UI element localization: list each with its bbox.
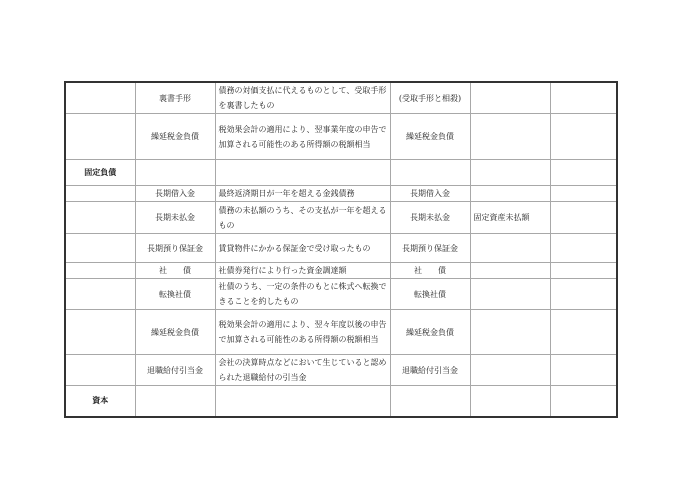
extra-cell — [550, 234, 617, 263]
account-cell: 繰延税金負債 — [390, 310, 470, 355]
description-cell: 賃貸物件にかかる保証金で受け取ったもの — [215, 234, 390, 263]
item-cell: 長期未払金 — [135, 202, 215, 234]
extra-cell — [550, 386, 617, 417]
note-cell — [470, 310, 550, 355]
extra-cell — [550, 114, 617, 160]
item-cell: 転換社債 — [135, 279, 215, 310]
account-cell: 社 債 — [390, 263, 470, 279]
item-cell: 社 債 — [135, 263, 215, 279]
category-cell — [65, 186, 135, 202]
note-cell — [470, 263, 550, 279]
extra-cell — [550, 263, 617, 279]
table-row: 固定負債 — [65, 160, 617, 186]
account-cell: 長期未払金 — [390, 202, 470, 234]
item-cell — [135, 160, 215, 186]
table-row: 資本 — [65, 386, 617, 417]
description-cell: 社債券発行により行った資金調達額 — [215, 263, 390, 279]
description-cell — [215, 386, 390, 417]
description-cell: 債務の未払額のうち、その支払が一年を超えるもの — [215, 202, 390, 234]
table-row: 長期借入金 最終返済期日が一年を超える金銭債務 長期借入金 — [65, 186, 617, 202]
description-cell: 債務の対価支払に代えるものとして、受取手形を裏書したもの — [215, 82, 390, 114]
note-cell — [470, 160, 550, 186]
table-row: 長期未払金 債務の未払額のうち、その支払が一年を超えるもの 長期未払金 固定資産… — [65, 202, 617, 234]
note-cell: 固定資産未払額 — [470, 202, 550, 234]
extra-cell — [550, 202, 617, 234]
extra-cell — [550, 355, 617, 386]
description-cell: 税効果会計の適用により、翌事業年度の申告で加算される可能性のある所得額の税額相当 — [215, 114, 390, 160]
category-cell — [65, 263, 135, 279]
table-row: 長期預り保証金 賃貸物件にかかる保証金で受け取ったもの 長期預り保証金 — [65, 234, 617, 263]
category-cell — [65, 82, 135, 114]
category-cell: 固定負債 — [65, 160, 135, 186]
item-cell: 長期預り保証金 — [135, 234, 215, 263]
category-cell — [65, 310, 135, 355]
note-cell — [470, 386, 550, 417]
item-cell: 裏書手形 — [135, 82, 215, 114]
accounts-table: 裏書手形 債務の対価支払に代えるものとして、受取手形を裏書したもの (受取手形と… — [64, 81, 618, 418]
note-cell — [470, 186, 550, 202]
category-cell — [65, 355, 135, 386]
table-row: 裏書手形 債務の対価支払に代えるものとして、受取手形を裏書したもの (受取手形と… — [65, 82, 617, 114]
description-cell: 社債のうち、一定の条件のもとに株式へ転換できることを約したもの — [215, 279, 390, 310]
account-cell — [390, 160, 470, 186]
extra-cell — [550, 186, 617, 202]
item-cell — [135, 386, 215, 417]
table-row: 社 債 社債券発行により行った資金調達額 社 債 — [65, 263, 617, 279]
account-cell: 繰延税金負債 — [390, 114, 470, 160]
note-cell — [470, 82, 550, 114]
account-cell: 長期借入金 — [390, 186, 470, 202]
account-cell: 転換社債 — [390, 279, 470, 310]
table-row: 繰延税金負債 税効果会計の適用により、翌々年度以後の申告で加算される可能性のある… — [65, 310, 617, 355]
category-cell — [65, 234, 135, 263]
extra-cell — [550, 279, 617, 310]
item-cell: 繰延税金負債 — [135, 114, 215, 160]
category-cell: 資本 — [65, 386, 135, 417]
item-cell: 退職給付引当金 — [135, 355, 215, 386]
note-cell — [470, 114, 550, 160]
item-cell: 繰延税金負債 — [135, 310, 215, 355]
table-row: 退職給付引当金 会社の決算時点などにおいて生じていると認められた退職給付の引当金… — [65, 355, 617, 386]
description-cell — [215, 160, 390, 186]
category-cell — [65, 114, 135, 160]
note-cell — [470, 234, 550, 263]
description-cell: 会社の決算時点などにおいて生じていると認められた退職給付の引当金 — [215, 355, 390, 386]
account-cell — [390, 386, 470, 417]
account-cell: 退職給付引当金 — [390, 355, 470, 386]
table-body: 裏書手形 債務の対価支払に代えるものとして、受取手形を裏書したもの (受取手形と… — [65, 82, 617, 417]
account-cell: (受取手形と相殺) — [390, 82, 470, 114]
table-row: 転換社債 社債のうち、一定の条件のもとに株式へ転換できることを約したもの 転換社… — [65, 279, 617, 310]
note-cell — [470, 355, 550, 386]
description-cell: 最終返済期日が一年を超える金銭債務 — [215, 186, 390, 202]
extra-cell — [550, 82, 617, 114]
account-cell: 長期預り保証金 — [390, 234, 470, 263]
item-cell: 長期借入金 — [135, 186, 215, 202]
category-cell — [65, 279, 135, 310]
description-cell: 税効果会計の適用により、翌々年度以後の申告で加算される可能性のある所得額の税額相… — [215, 310, 390, 355]
extra-cell — [550, 160, 617, 186]
note-cell — [470, 279, 550, 310]
extra-cell — [550, 310, 617, 355]
category-cell — [65, 202, 135, 234]
table-row: 繰延税金負債 税効果会計の適用により、翌事業年度の申告で加算される可能性のある所… — [65, 114, 617, 160]
